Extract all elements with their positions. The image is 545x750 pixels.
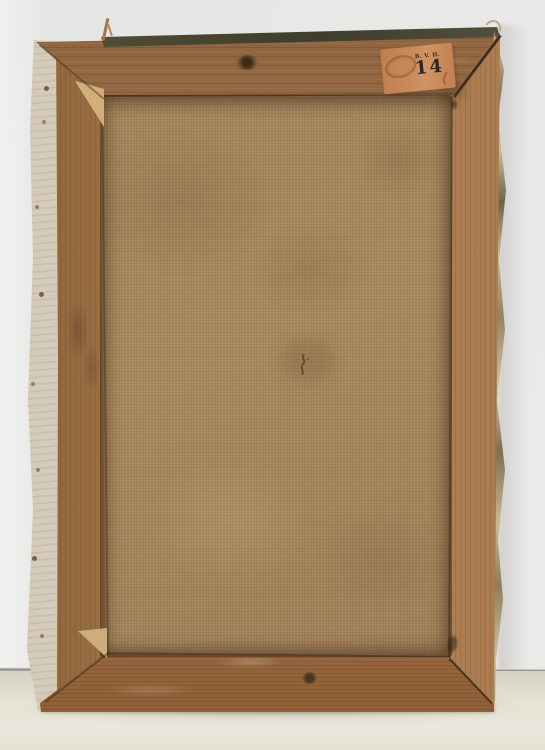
tack-spot: [42, 120, 46, 124]
photo-painting-back: B. V. H. 14: [0, 0, 545, 750]
tack-spot: [32, 556, 37, 561]
label-red-mark: [440, 71, 449, 86]
tack-spot: [36, 468, 40, 472]
ink-squiggle-mark: [294, 352, 314, 378]
collection-label: B. V. H. 14: [380, 43, 456, 95]
tack-spot: [35, 205, 39, 209]
label-oval-stamp: [382, 51, 419, 82]
tack-spot: [39, 292, 44, 297]
tack-spot: [31, 382, 35, 386]
tack-spot: [40, 634, 44, 638]
wood-stain: [451, 100, 457, 109]
canvas-shading: [100, 95, 452, 657]
wood-knot-bottom: [303, 672, 316, 684]
tack-spot: [44, 86, 49, 91]
wood-knot-top: [236, 55, 258, 70]
